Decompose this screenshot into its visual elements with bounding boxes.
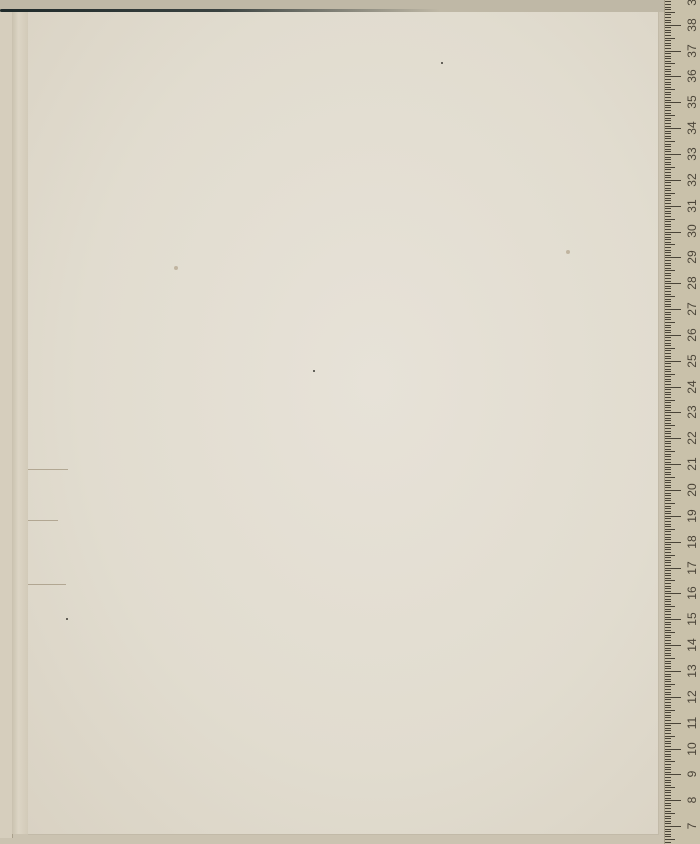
ruler-tick	[665, 640, 671, 641]
ruler-tick	[665, 97, 671, 98]
ruler-tick	[665, 110, 671, 111]
ruler-tick	[665, 211, 671, 212]
ruler-tick	[665, 697, 681, 698]
ruler-tick	[665, 655, 671, 656]
ruler-tick	[665, 480, 671, 481]
ruler-tick	[665, 428, 671, 429]
ruler-tick	[665, 177, 671, 178]
ruler-tick	[665, 831, 671, 832]
ruler-tick	[665, 555, 675, 556]
ruler-tick	[665, 247, 671, 248]
ruler-label: 18	[684, 533, 700, 551]
ruler-tick	[665, 358, 671, 359]
ruler-tick	[665, 193, 675, 194]
ruler-label: 28	[684, 274, 700, 292]
ruler-label: 11	[684, 714, 700, 732]
ruler-tick	[665, 221, 671, 222]
ruler-tick	[665, 438, 681, 439]
ruler-tick	[665, 337, 671, 338]
ruler-tick	[665, 216, 671, 217]
ruler-tick	[665, 684, 675, 685]
ruler-tick	[665, 61, 671, 62]
ruler-tick	[665, 286, 671, 287]
ruler-tick	[665, 4, 671, 5]
ruler-tick	[665, 699, 671, 700]
ruler-tick	[665, 449, 671, 450]
ruler-tick	[665, 32, 671, 33]
ruler-tick	[665, 537, 671, 538]
ruler-tick	[665, 118, 671, 119]
ruler-tick	[665, 462, 671, 463]
ruler-tick	[665, 759, 671, 760]
ruler-tick	[665, 123, 671, 124]
ruler-label: 27	[684, 300, 700, 318]
ruler-tick	[665, 464, 681, 465]
ruler-tick	[665, 291, 671, 292]
ruler-tick	[665, 234, 671, 235]
ruler-tick	[665, 805, 671, 806]
ruler-tick	[665, 653, 671, 654]
ruler-tick	[665, 250, 671, 251]
ruler-tick	[665, 482, 671, 483]
ruler-tick	[665, 782, 671, 783]
ruler-tick	[665, 715, 671, 716]
ruler-tick	[665, 454, 671, 455]
ruler-tick	[665, 570, 671, 571]
ruler-tick	[665, 547, 671, 548]
ruler-tick	[665, 252, 671, 253]
ruler-label: 22	[684, 429, 700, 447]
ruler-tick	[665, 658, 675, 659]
ruler-tick	[665, 663, 671, 664]
ruler-tick	[665, 549, 671, 550]
ruler-tick	[665, 736, 675, 737]
ruler-tick	[665, 674, 671, 675]
ruler-tick	[665, 273, 671, 274]
ruler-tick	[665, 229, 671, 230]
ruler-tick	[665, 702, 671, 703]
ruler-tick	[665, 219, 675, 220]
ruler-tick	[665, 544, 671, 545]
ruler-tick	[665, 767, 671, 768]
ruler-tick	[665, 829, 671, 830]
blank-page	[28, 12, 659, 835]
ruler-tick	[665, 296, 675, 297]
ruler-tick	[665, 107, 671, 108]
ruler-tick	[665, 84, 671, 85]
ruler-tick	[665, 751, 671, 752]
ruler-tick	[665, 335, 681, 336]
ruler-label: 8	[684, 791, 700, 809]
ruler-tick	[665, 239, 671, 240]
ruler-tick	[665, 518, 671, 519]
paper-stain	[174, 266, 178, 270]
ruler-tick	[665, 456, 671, 457]
ruler-tick	[665, 500, 671, 501]
ruler-tick	[665, 157, 671, 158]
ruler-tick	[665, 609, 671, 610]
ruler-tick	[665, 392, 671, 393]
ruler-tick	[665, 82, 671, 83]
ruler-label: 36	[684, 67, 700, 85]
ruler-tick	[665, 164, 671, 165]
ruler-tick	[665, 425, 675, 426]
ruler-tick	[665, 374, 675, 375]
ruler-tick	[665, 521, 671, 522]
ruler-tick	[665, 436, 671, 437]
ruler-tick	[665, 299, 671, 300]
ruler-tick	[665, 552, 671, 553]
ruler-tick	[665, 195, 671, 196]
ruler-tick	[665, 48, 671, 49]
ruler-tick	[665, 811, 671, 812]
ruler-tick	[665, 487, 671, 488]
ruler-tick	[665, 263, 671, 264]
ruler-tick	[665, 441, 671, 442]
ruler-tick	[665, 410, 671, 411]
ruler-tick	[665, 710, 675, 711]
ruler-tick	[665, 260, 671, 261]
ruler-tick	[665, 723, 681, 724]
ruler-tick	[665, 94, 671, 95]
ruler-tick	[665, 624, 671, 625]
ruler-tick	[665, 348, 675, 349]
ruler-tick	[665, 474, 671, 475]
ruler-tick	[665, 162, 671, 163]
ruler-label: 12	[684, 688, 700, 706]
ruler-tick	[665, 764, 671, 765]
ruler-label: 9	[684, 765, 700, 783]
ruler-tick	[665, 312, 671, 313]
ruler-tick	[665, 14, 671, 15]
ruler-tick	[665, 270, 675, 271]
paper-speck	[441, 62, 443, 64]
ruler-tick	[665, 325, 671, 326]
ruler-tick	[665, 593, 681, 594]
ruler-tick	[665, 268, 671, 269]
ruler-tick	[665, 808, 671, 809]
ruler-label: 24	[684, 378, 700, 396]
ruler-tick	[665, 294, 671, 295]
ruler-tick	[665, 586, 671, 587]
ruler-tick	[665, 405, 671, 406]
ruler-tick	[665, 635, 671, 636]
ruler-tick	[665, 100, 671, 101]
ruler-tick	[665, 188, 671, 189]
ruler-tick	[665, 12, 675, 13]
ruler-tick	[665, 485, 671, 486]
ruler-tick	[665, 180, 681, 181]
ruler-tick	[665, 89, 675, 90]
ruler-tick	[665, 17, 671, 18]
ruler-tick	[665, 604, 671, 605]
ruler-tick	[665, 534, 671, 535]
ruler-tick	[665, 369, 671, 370]
ruler-tick	[665, 136, 671, 137]
ruler-tick	[665, 167, 675, 168]
ruler-tick	[665, 568, 681, 569]
ruler-tick	[665, 203, 671, 204]
ruler-tick	[665, 645, 681, 646]
ruler-tick	[665, 366, 671, 367]
ruler-tick	[665, 400, 675, 401]
ruler-tick	[665, 506, 671, 507]
ruler-tick	[665, 79, 671, 80]
ruler-tick	[665, 622, 671, 623]
ruler-tick	[665, 798, 671, 799]
ruler-tick	[665, 56, 671, 57]
ruler-tick	[665, 539, 671, 540]
ruler-tick	[665, 818, 671, 819]
ruler-tick	[665, 22, 671, 23]
paper-crease	[28, 584, 66, 585]
ruler-tick	[665, 43, 671, 44]
ruler-tick	[665, 74, 671, 75]
ruler-tick	[665, 469, 671, 470]
ruler-tick	[665, 516, 681, 517]
ruler-tick	[665, 51, 681, 52]
ruler-tick	[665, 322, 675, 323]
ruler-tick	[665, 813, 675, 814]
ruler-tick	[665, 560, 671, 561]
ruler-tick	[665, 182, 671, 183]
ruler-tick	[665, 327, 671, 328]
ruler-tick	[665, 345, 671, 346]
ruler-tick	[665, 208, 671, 209]
ruler-tick	[665, 738, 671, 739]
ruler-tick	[665, 617, 671, 618]
ruler-tick	[665, 58, 671, 59]
ruler-tick	[665, 477, 675, 478]
ruler-tick	[665, 676, 671, 677]
ruler-tick	[665, 596, 671, 597]
ruler-tick	[665, 746, 671, 747]
paper-speck	[313, 370, 315, 372]
ruler-tick	[665, 379, 671, 380]
ruler-tick	[665, 131, 671, 132]
ruler-tick	[665, 350, 671, 351]
ruler-tick	[665, 725, 671, 726]
ruler-tick	[665, 314, 671, 315]
ruler-tick	[665, 707, 671, 708]
ruler-tick	[665, 126, 671, 127]
ruler-tick	[665, 493, 671, 494]
ruler-tick	[665, 529, 675, 530]
ruler-tick	[665, 309, 681, 310]
ruler-label: 26	[684, 326, 700, 344]
ruler-tick	[665, 76, 681, 77]
ruler-tick	[665, 412, 681, 413]
ruler-tick	[665, 361, 681, 362]
ruler-tick	[665, 614, 671, 615]
ruler-tick	[665, 423, 671, 424]
ruler-tick	[665, 591, 671, 592]
ruler-tick	[665, 151, 671, 152]
ruler-tick	[665, 206, 681, 207]
ruler-tick	[665, 66, 671, 67]
ruler-tick	[665, 606, 675, 607]
ruler-tick	[665, 467, 671, 468]
ruler-tick	[665, 226, 671, 227]
ruler-tick	[665, 40, 671, 41]
ruler-tick	[665, 495, 671, 496]
ruler-tick	[665, 133, 671, 134]
ruler-tick	[665, 681, 671, 682]
ruler-tick	[665, 275, 671, 276]
ruler-tick	[665, 668, 671, 669]
ruler-tick	[665, 120, 671, 121]
ruler-tick	[665, 821, 671, 822]
ruler-tick	[665, 490, 681, 491]
ruler-tick	[665, 431, 671, 432]
ruler-tick	[665, 743, 671, 744]
ruler-tick	[665, 472, 671, 473]
ruler-tick	[665, 343, 671, 344]
ruler-tick	[665, 265, 671, 266]
ruler-tick	[665, 35, 671, 36]
ruler-label: 33	[684, 145, 700, 163]
ruler-tick	[665, 836, 671, 837]
ruler-tick	[665, 705, 671, 706]
ruler-tick	[665, 376, 671, 377]
ruler-tick	[665, 330, 671, 331]
ruler-tick	[665, 38, 675, 39]
ruler-tick	[665, 526, 671, 527]
ruler-tick	[665, 666, 671, 667]
ruler-tick	[665, 648, 671, 649]
ruler-tick	[665, 777, 671, 778]
ruler-tick	[665, 661, 671, 662]
ruler-tick	[665, 826, 681, 827]
ruler-tick	[665, 198, 671, 199]
ruler-tick	[665, 138, 671, 139]
ruler-tick	[665, 69, 671, 70]
ruler-tick	[665, 630, 671, 631]
ruler-label: 25	[684, 352, 700, 370]
ruler-label: 30	[684, 222, 700, 240]
ruler-label: 16	[684, 584, 700, 602]
ruler-tick	[665, 25, 681, 26]
ruler-tick	[665, 565, 671, 566]
ruler-tick	[665, 27, 671, 28]
ruler-tick	[665, 834, 671, 835]
ruler-tick	[665, 787, 675, 788]
ruler-tick	[665, 508, 671, 509]
ruler-tick	[665, 513, 671, 514]
ruler-tick	[665, 772, 671, 773]
ruler-tick	[665, 128, 681, 129]
ruler-tick	[665, 728, 671, 729]
ruler-tick	[665, 115, 675, 116]
ruler-label: 29	[684, 248, 700, 266]
ruler-tick	[665, 71, 671, 72]
ruler-tick	[665, 200, 671, 201]
ruler-tick	[665, 159, 671, 160]
paper-stain	[566, 250, 570, 254]
ruler-tick	[665, 580, 675, 581]
paper-speck	[66, 618, 68, 620]
ruler-tick	[665, 387, 681, 388]
ruler-tick	[665, 144, 671, 145]
paper-crease	[28, 469, 68, 470]
ruler-tick	[665, 213, 671, 214]
ruler-tick	[665, 446, 671, 447]
ruler-tick	[665, 792, 671, 793]
ruler-tick	[665, 257, 681, 258]
ruler-tick	[665, 761, 675, 762]
ruler-tick	[665, 301, 671, 302]
ruler-tick	[665, 575, 671, 576]
ruler-label: 17	[684, 559, 700, 577]
ruler-tick	[665, 340, 671, 341]
ruler-label: 14	[684, 636, 700, 654]
measuring-ruler: 7891011121314151617181920212223242526272…	[664, 0, 700, 844]
ruler-tick	[665, 756, 671, 757]
ruler-tick	[665, 511, 671, 512]
ruler-tick	[665, 839, 675, 840]
ruler-tick	[665, 694, 671, 695]
ruler-label: 10	[684, 740, 700, 758]
ruler-tick	[665, 619, 681, 620]
ruler-label: 15	[684, 610, 700, 628]
ruler-tick	[665, 281, 671, 282]
ruler-tick	[665, 733, 671, 734]
ruler-tick	[665, 149, 671, 150]
ruler-tick	[665, 599, 671, 600]
ruler-tick	[665, 741, 671, 742]
ruler-tick	[665, 632, 675, 633]
ruler-tick	[665, 583, 671, 584]
ruler-label: 32	[684, 171, 700, 189]
ruler-tick	[665, 774, 681, 775]
ruler-tick	[665, 87, 671, 88]
ruler-tick	[665, 146, 671, 147]
ruler-tick	[665, 7, 671, 8]
ruler-tick	[665, 394, 671, 395]
ruler-tick	[665, 105, 671, 106]
ruler-tick	[665, 232, 681, 233]
ruler-tick	[665, 795, 671, 796]
ruler-tick	[665, 785, 671, 786]
ruler-tick	[665, 637, 671, 638]
ruler-label: 37	[684, 42, 700, 60]
ruler-tick	[665, 643, 671, 644]
ruler-tick	[665, 288, 671, 289]
ruler-tick	[665, 319, 671, 320]
ruler-tick	[665, 498, 671, 499]
ruler-tick	[665, 769, 671, 770]
ruler-label: 21	[684, 455, 700, 473]
ruler-tick	[665, 443, 671, 444]
ruler-tick	[665, 578, 671, 579]
ruler-tick	[665, 141, 675, 142]
ruler-tick	[665, 503, 675, 504]
ruler-tick	[665, 306, 671, 307]
ruler-tick	[665, 255, 671, 256]
ruler-tick	[665, 418, 671, 419]
ruler-tick	[665, 689, 671, 690]
ruler-tick	[665, 524, 671, 525]
ruler-tick	[665, 650, 671, 651]
ruler-tick	[665, 224, 671, 225]
ruler-tick	[665, 601, 671, 602]
ruler-tick	[665, 9, 671, 10]
ruler-label: 13	[684, 662, 700, 680]
ruler-tick	[665, 45, 671, 46]
binding-spine	[12, 12, 29, 834]
ruler-label: 39	[684, 0, 700, 8]
ruler-tick	[665, 754, 671, 755]
